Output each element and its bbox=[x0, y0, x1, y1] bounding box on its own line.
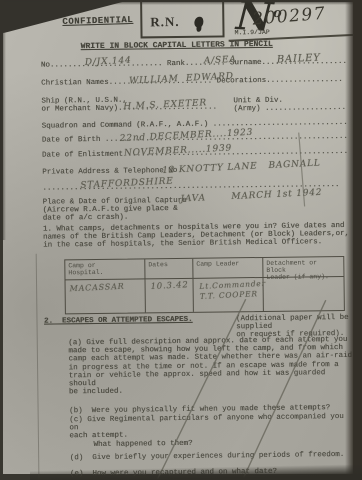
field-squadron-command: Squadron and Command (R.A.F., A.A.F.) ..… bbox=[42, 119, 348, 131]
rn-stamp-label: R.N. bbox=[150, 14, 179, 30]
field-private-address: Private Address & Telephone No bbox=[42, 167, 177, 177]
question-1: 1. What camps, detachments or hospitals … bbox=[43, 222, 349, 250]
section-2-item-c: (c) Give Regimental particulars of anyon… bbox=[69, 413, 355, 441]
cell-block-leader bbox=[263, 277, 343, 311]
col-header-dates: Dates bbox=[145, 259, 193, 280]
hw-surname: BAILEY bbox=[277, 52, 321, 65]
hw-rank: A/SEA. bbox=[204, 55, 241, 67]
capture-note: (Aircrew R.A.F.to give place & date of a… bbox=[43, 205, 178, 223]
section-2-item-d: (d) Give briefly your experiences during… bbox=[70, 451, 345, 463]
col-header-block-leader: Detachment or Block Leader (if any). bbox=[263, 257, 343, 278]
form-content: CONFIDENTIAL R.N. No 200297 M.I.9/JAP WR… bbox=[0, 0, 356, 476]
section-2-item-e: (e) How were you recaptured and on what … bbox=[70, 468, 277, 479]
col-header-leader: Camp Leader bbox=[193, 258, 263, 279]
section-2-item-a: (a) Give full description and approx. da… bbox=[68, 336, 355, 397]
hw-camp-dates: 10.3.42 bbox=[150, 280, 188, 292]
col-header-camp: Camp or Hospital. bbox=[65, 259, 145, 280]
ink-blot bbox=[194, 17, 203, 28]
classification-label: CONFIDENTIAL bbox=[62, 16, 133, 26]
form-title: WRITE IN BLOCK CAPITAL LETTERS IN PENCIL bbox=[81, 41, 273, 52]
section-2-item-c-followup: What happened to them? bbox=[93, 440, 192, 449]
paper-sheet: CONFIDENTIAL R.N. No 200297 M.I.9/JAP WR… bbox=[3, 2, 353, 474]
section-2-heading: 2. ESCAPES OR ATTEMPTED ESCAPES. bbox=[44, 316, 193, 326]
scanned-document: CONFIDENTIAL R.N. No 200297 M.I.9/JAP WR… bbox=[0, 0, 362, 480]
ref-code: M.I.9/JAP bbox=[234, 29, 269, 38]
field-army-label: (Army) .................. bbox=[233, 104, 346, 114]
rn-stamp: R.N. bbox=[140, 0, 225, 38]
hw-address-line-1: 12 KNOTTY LANE BAGNALL bbox=[162, 158, 321, 175]
hw-camp-leader: Lt.Commander T.T. COOPER bbox=[199, 279, 266, 302]
